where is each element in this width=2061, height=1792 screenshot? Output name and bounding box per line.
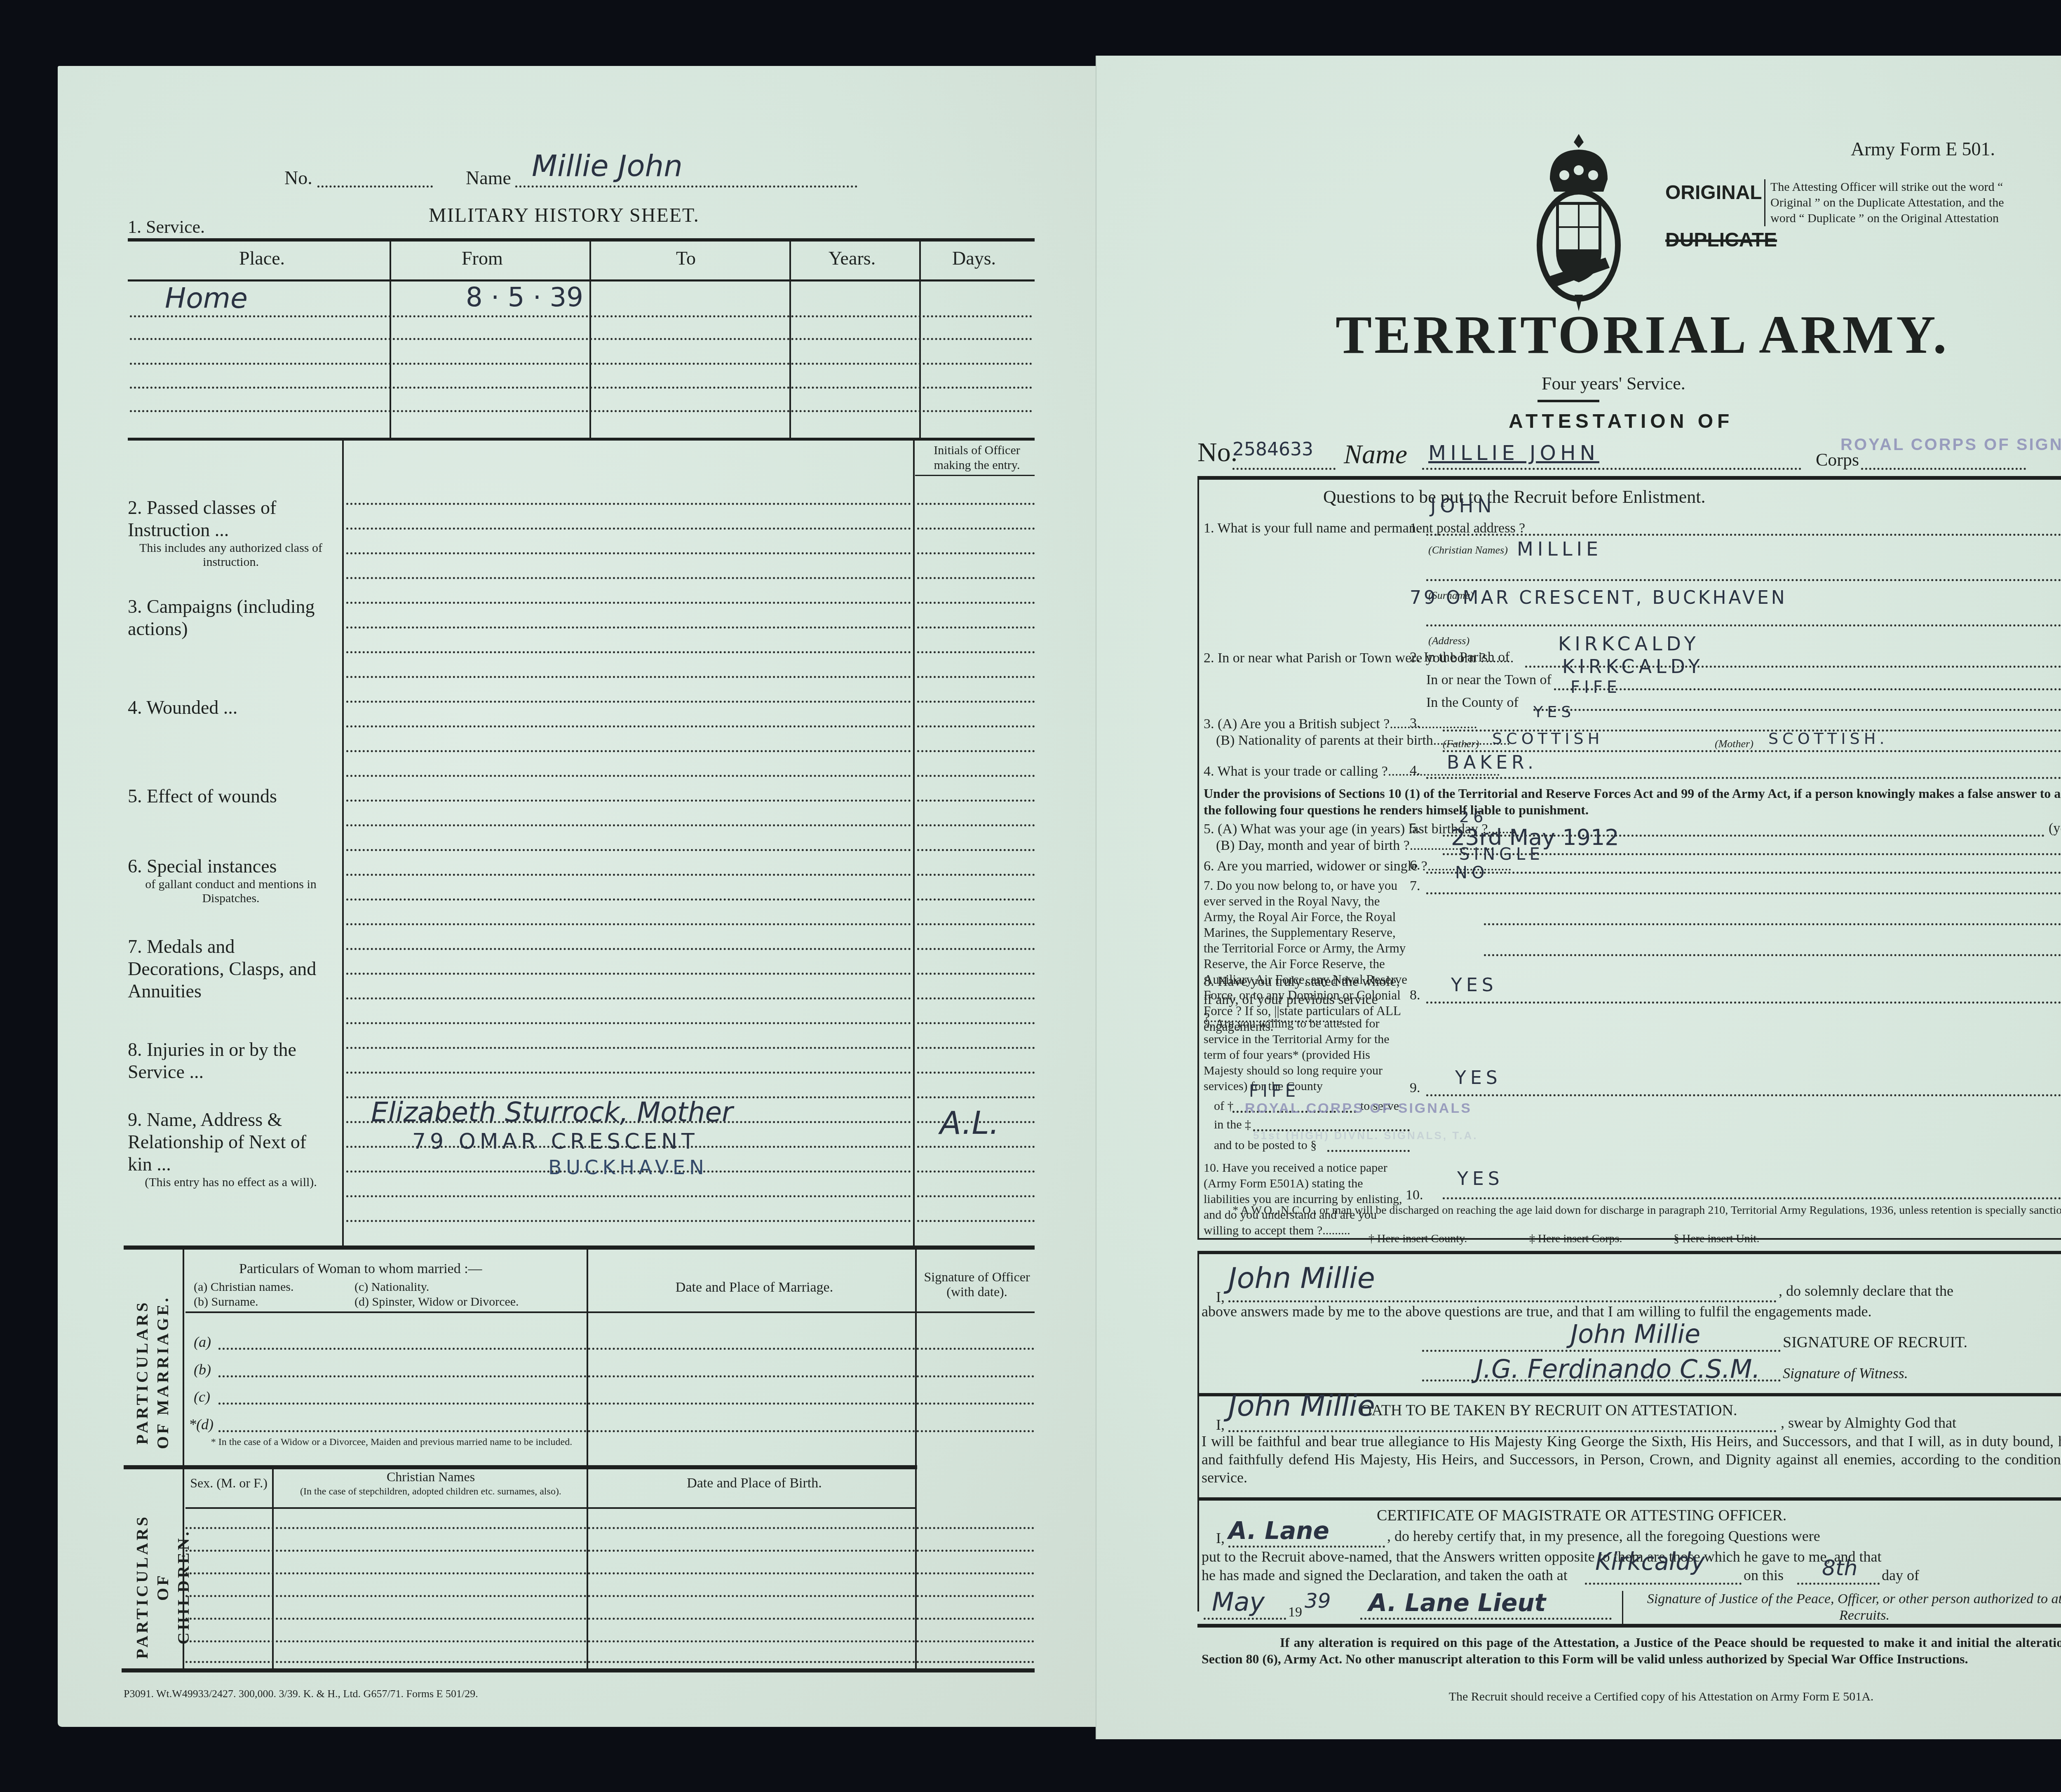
certificate-title: CERTIFICATE OF MAGISTRATE OR ATTESTING O… (1377, 1506, 1786, 1525)
section-8-label: 8. Injuries in or by the Service ... (128, 1039, 334, 1083)
christian-names-caption: (Christian Names) (1428, 542, 1508, 558)
answer-trade[interactable]: BAKER. (1447, 752, 1538, 773)
children-header-rule (185, 1507, 915, 1509)
years-caption: (years) (2049, 820, 2061, 837)
marriage-row-b-label: (b) (194, 1361, 211, 1378)
territorial-army-title: TERRITORIAL ARMY. (1336, 303, 1949, 366)
witness-signature-label: Signature of Witness. (1783, 1364, 1908, 1382)
unit-footnote: § Here insert Unit. (1674, 1232, 1759, 1245)
initials-line (917, 849, 1035, 851)
initials-line (917, 725, 1035, 727)
children-bottom-rule (122, 1668, 1035, 1672)
recruit-signature-label: SIGNATURE OF RECRUIT. (1783, 1333, 1967, 1351)
original-label: ORIGINAL (1665, 181, 1762, 204)
father-caption: (Father) (1443, 736, 1479, 752)
initials-line (917, 1022, 1035, 1024)
marriage-signature-header: Signature of Officer (with date). (917, 1269, 1037, 1299)
answer-line (1533, 709, 2061, 711)
marriage-row-line (218, 1348, 1035, 1350)
declaration-name[interactable]: John Millie (1228, 1261, 1375, 1295)
entry-line (346, 997, 911, 999)
children-row-line (185, 1550, 1035, 1552)
service-place-value: Home (165, 282, 248, 315)
answer-line (1426, 624, 2061, 626)
children-birth-header: Date and Place of Birth. (594, 1475, 915, 1491)
marriage-row-line (218, 1375, 1035, 1377)
service-row-line (130, 338, 1033, 340)
recruit-signature[interactable]: John Millie (1570, 1319, 1700, 1349)
no-field (317, 185, 433, 188)
initials-line (917, 1146, 1035, 1148)
col-to: To (676, 247, 696, 269)
marriage-row-line (218, 1430, 1035, 1432)
initials-line (917, 676, 1035, 678)
answer-county[interactable]: FIFE (1570, 678, 1621, 697)
answer-mother-nationality[interactable]: SCOTTISH. (1768, 729, 1889, 748)
initials-line (917, 750, 1035, 752)
answer-line (1426, 1002, 2061, 1004)
entry-line (346, 800, 911, 802)
certificate-i: I, (1216, 1529, 1225, 1547)
officer-signature-line (1360, 1618, 1612, 1620)
q9-corps-stamp: ROYAL CORPS OF SIGNALS (1245, 1100, 1472, 1116)
q9-county-of-label: of † (1214, 1098, 1234, 1114)
entry-line (346, 552, 911, 554)
service-section-label: 1. Service. (128, 216, 205, 237)
service-top-rule (128, 238, 1035, 242)
service-header-rule (128, 279, 1035, 281)
entry-line (346, 725, 911, 727)
attestation-name-field (1422, 468, 1801, 470)
section-9-label: 9. Name, Address & Relationship of Next … (128, 1109, 334, 1189)
section-5-label: 5. Effect of wounds (128, 785, 334, 807)
witness-signature-line (1422, 1379, 1781, 1382)
answer-parish[interactable]: KIRKCALDY (1558, 633, 1700, 655)
initials-line (917, 874, 1035, 876)
entry-line (346, 602, 911, 604)
marriage-footnote: * In the case of a Widow or a Divorcee, … (198, 1436, 585, 1448)
place-line (1585, 1583, 1742, 1585)
answer-line (1443, 1197, 2061, 1199)
service-row-line (130, 363, 1033, 365)
answer-line (1484, 954, 2061, 956)
corps-field (1861, 468, 2026, 470)
divider (913, 439, 915, 1247)
name-field (515, 185, 857, 188)
town-label: In or near the Town of (1426, 672, 1552, 688)
marriage-header-ab: (a) Christian names. (b) Surname. (194, 1280, 359, 1309)
initials-line (917, 602, 1035, 604)
children-row-line (185, 1572, 1035, 1574)
marriage-row-line (218, 1403, 1035, 1405)
attestation-page: Army Form E 501. ORIGINAL DUPLICATE The … (1096, 56, 2061, 1739)
section-2-label: 2. Passed classes of Instruction ... Thi… (128, 497, 334, 569)
initials-line (917, 528, 1035, 530)
next-of-kin-name: Elizabeth Sturrock, Mother (371, 1096, 733, 1128)
entry-line (346, 676, 911, 678)
entry-line (346, 503, 911, 505)
oath-i: I, (1216, 1416, 1225, 1434)
answer-8-num: 8. (1410, 987, 1420, 1004)
children-row-line (185, 1661, 1035, 1663)
initials-line (917, 973, 1035, 975)
service-from-value: 8 · 5 · 39 (466, 282, 583, 313)
answer-line (1484, 923, 2061, 925)
answer-q9[interactable]: YES (1455, 1067, 1502, 1088)
oath-text-a: , swear by Almighty God that (1781, 1414, 1956, 1432)
children-side-label: PARTICULARS OF CHILDREN. (132, 1513, 194, 1661)
q9-unit-line (1327, 1150, 1410, 1152)
answer-line (1426, 892, 2061, 894)
answer-4-num: 4. (1410, 762, 1420, 779)
entry-line (346, 651, 911, 653)
col-years: Years. (829, 247, 876, 269)
section-3-label: 3. Campaigns (including actions) (128, 596, 334, 640)
attestation-no-value: 2584633 (1232, 439, 1313, 460)
corps-footnote: ‡ Here insert Corps. (1529, 1232, 1622, 1245)
initials-line (917, 824, 1035, 826)
day-line (1797, 1583, 1880, 1585)
certificate-top-rule (1197, 1497, 2061, 1501)
entry-line (346, 923, 911, 925)
entry-line (346, 750, 911, 752)
service-row-line (130, 410, 1033, 412)
entry-line (346, 626, 911, 629)
section-7-label: 7. Medals and Decorations, Clasps, and A… (128, 936, 334, 1002)
certificate-year[interactable]: 39 (1305, 1589, 1331, 1613)
service-bottom-rule (128, 438, 1035, 441)
certificate-text-b: put to the Recruit above-named, that the… (1202, 1548, 1882, 1566)
entry-line (346, 824, 911, 826)
corps-stamp: ROYAL CORPS OF SIGNALS (1840, 436, 2061, 454)
initials-line (917, 800, 1035, 802)
name-handwriting: Millie John (532, 148, 683, 183)
answer-surname[interactable]: MILLIE (1517, 538, 1602, 560)
answer-q8[interactable]: YES (1451, 975, 1498, 996)
printer-imprint: P3091. Wt.W49933/2427. 300,000. 3/39. K.… (124, 1688, 478, 1700)
next-of-kin-town: BUCKHAVEN (548, 1156, 708, 1179)
divider (272, 1467, 274, 1669)
mother-caption: (Mother) (1715, 736, 1753, 752)
entry-line (346, 1220, 911, 1222)
section-4-label: 4. Wounded ... (128, 697, 334, 719)
q9-county-value[interactable]: FIFE (1249, 1082, 1300, 1101)
marriage-header-rule (185, 1311, 1035, 1313)
certified-copy-note: The Recruit should receive a Certified c… (1208, 1690, 2061, 1704)
answer-prior-service[interactable]: NO (1455, 863, 1488, 882)
oath-text-b: I will be faithful and bear true allegia… (1202, 1432, 2061, 1487)
certificate-bottom-rule (1197, 1624, 2061, 1628)
questions-title: Questions to be put to the Recruit befor… (1323, 486, 1705, 507)
attestation-name-label: Name (1344, 439, 1407, 470)
service-row-line (130, 315, 1033, 317)
certificate-year-prefix: 19 (1288, 1603, 1302, 1621)
service-row-line (130, 387, 1033, 389)
children-top-rule (124, 1465, 917, 1469)
marriage-side-label: PARTICULARS OF MARRIAGE. (132, 1286, 173, 1459)
month-line (1204, 1618, 1286, 1620)
children-names-header: Christian Names (276, 1469, 585, 1485)
answer-line (1426, 579, 2061, 581)
initials-line (917, 1195, 1035, 1197)
entry-line (346, 973, 911, 975)
entry-line (346, 849, 911, 851)
initials-line (917, 898, 1035, 901)
children-row-line (185, 1595, 1035, 1597)
attestation-of-heading: ATTESTATION OF (1509, 410, 1733, 433)
question-9: 9. Are you willing to be attested for se… (1204, 1016, 1410, 1094)
form-number: Army Form E 501. (1851, 138, 1995, 160)
answer-10-num: 10. (1406, 1187, 1423, 1203)
attestation-name-value: MILLIE JOHN (1428, 441, 1599, 465)
children-names-subheader: (In the case of stepchildren, adopted ch… (289, 1486, 573, 1497)
officer-signature[interactable]: A. Lane Lieut (1369, 1589, 1546, 1617)
initials-line (917, 651, 1035, 653)
royal-crest-icon (1533, 134, 1624, 311)
duplicate-label-struck: DUPLICATE (1665, 229, 1777, 251)
initials-header: Initials of Officer making the entry. (917, 443, 1037, 473)
marriage-header-title: Particulars of Woman to whom married :— (239, 1261, 482, 1277)
answer-line (1426, 1094, 2061, 1096)
answer-age[interactable]: 26 (1459, 808, 1487, 826)
entry-line (346, 1195, 911, 1197)
marriage-row-c-label: (c) (194, 1388, 210, 1405)
attestation-no-field (1232, 468, 1336, 470)
next-of-kin-street: 79 OMAR CRESCENT (412, 1129, 699, 1154)
col-place: Place. (239, 247, 285, 269)
certificate-text-c: he has made and signed the Declaration, … (1202, 1566, 1568, 1584)
attestation-no-label: No. (1197, 437, 1237, 468)
marriage-row-d-label: *(d) (189, 1416, 214, 1433)
title-rule (1538, 400, 1599, 402)
officer-signature-label: Signature of Justice of the Peace, Offic… (1622, 1591, 2061, 1624)
entry-line (346, 948, 911, 950)
entry-line (346, 701, 911, 703)
children-sex-header: Sex. (M. or F.) (185, 1475, 272, 1490)
q9-posted-to-label: and to be posted to § (1214, 1138, 1317, 1153)
recruit-signature-line (1422, 1350, 1781, 1352)
certificate-on-this: on this (1744, 1566, 1784, 1584)
county-footnote: † Here insert County. (1369, 1232, 1467, 1245)
question-10: 10. Have you received a notice paper (Ar… (1204, 1160, 1410, 1238)
answer-marital-status[interactable]: SINGLE (1459, 845, 1544, 864)
initials-line (917, 1096, 1035, 1098)
children-row-line (185, 1527, 1035, 1529)
entry-line (346, 1072, 911, 1074)
entry-line (346, 1047, 911, 1049)
marriage-date-place-header: Date and Place of Marriage. (594, 1280, 915, 1295)
col-days: Days. (952, 247, 996, 269)
children-row-line (185, 1618, 1035, 1620)
marriage-top-rule (124, 1245, 1035, 1250)
initials-line (917, 503, 1035, 505)
answer-q10[interactable]: YES (1457, 1168, 1504, 1189)
marriage-row-a-label: (a) (194, 1333, 211, 1351)
initials-line (917, 1170, 1035, 1173)
initials-line (917, 577, 1035, 579)
four-years-service: Four years' Service. (1542, 373, 1685, 394)
divider (587, 1248, 588, 1466)
initials-line (917, 775, 1035, 777)
divider (915, 1248, 917, 1668)
certificate-officer-name[interactable]: A. Lane (1228, 1517, 1329, 1545)
entry-line (346, 528, 911, 530)
marriage-header-cd: (c) Nationality. (d) Spinster, Widow or … (354, 1280, 585, 1309)
false-answer-warning: Under the provisions of Sections 10 (1) … (1204, 785, 2061, 818)
age-footnote: * A W.O., N.C.O., or man will be dischar… (1220, 1203, 2061, 1217)
question-3a: 3. (A) Are you a British subject ?......… (1204, 715, 1477, 733)
entry-line (346, 874, 911, 876)
officer-initials: A.L. (940, 1105, 999, 1141)
answer-address[interactable]: 79 OMAR CRESCENT, BUCKHAVEN (1410, 587, 1787, 608)
certificate-day[interactable]: 8th (1822, 1556, 1857, 1581)
certificate-month[interactable]: May (1212, 1587, 1265, 1617)
initials-line (917, 1220, 1035, 1222)
initials-line (917, 923, 1035, 925)
entry-line (346, 577, 911, 579)
name-label: Name (466, 167, 511, 189)
parish-label: 2. In the Parish of (1410, 649, 1510, 666)
divider (587, 1467, 588, 1669)
answer-town[interactable]: KIRKCALDY (1562, 655, 1704, 678)
address-caption: (Address) (1428, 633, 1469, 649)
answer-3-num: 3. (1410, 715, 1420, 732)
initials-line (917, 948, 1035, 950)
initials-line (917, 701, 1035, 703)
divider (342, 439, 344, 1247)
children-row-line (185, 1640, 1035, 1642)
answer-british-subject[interactable]: YES (1533, 703, 1575, 721)
oath-name[interactable]: John Millie (1228, 1389, 1375, 1423)
initials-header-rule (915, 475, 1035, 476)
answer-1-num: 1. (1410, 519, 1420, 537)
answer-6-num: 6. (1410, 857, 1420, 874)
sheet-title: MILITARY HISTORY SHEET. (429, 204, 700, 227)
certificate-place[interactable]: Kirkcaldy (1595, 1548, 1705, 1576)
strike-note: The Attesting Officer will strike out th… (1764, 179, 2009, 226)
certificate-day-of: day of (1882, 1566, 1919, 1584)
q9-in-the-label: in the ‡ (1214, 1117, 1251, 1133)
answer-father-nationality[interactable]: SCOTTISH (1492, 729, 1603, 748)
entry-line (346, 775, 911, 777)
declaration-text-a: , do solemnly declare that the (1779, 1282, 1953, 1300)
answer-5-num: 5. (1410, 820, 1420, 837)
initials-line (917, 552, 1035, 554)
answer-9-num: 9. (1410, 1080, 1420, 1096)
oath-title: OATH TO BE TAKEN BY RECRUIT ON ATTESTATI… (1360, 1401, 1737, 1419)
initials-line (917, 1072, 1035, 1074)
alteration-note: If any alteration is required on this pa… (1202, 1634, 2061, 1667)
answer-line (1426, 777, 2061, 779)
answer-line (1426, 534, 2061, 536)
initials-line (917, 997, 1035, 999)
answer-christian-names[interactable]: JOHN (1430, 495, 1496, 517)
section-6-label: 6. Special instances of gallant conduct … (128, 855, 334, 905)
answer-7-num: 7. (1410, 878, 1420, 894)
initials-line (917, 626, 1035, 629)
declaration-text-b: above answers made by me to the above qu… (1202, 1302, 1872, 1321)
entry-line (346, 898, 911, 901)
military-history-sheet-page: No. Name Millie John MILITARY HISTORY SH… (58, 66, 1096, 1727)
initials-line (917, 1047, 1035, 1049)
certificate-text-a: , do hereby certify that, in my presence… (1387, 1527, 1820, 1545)
answer-line (1426, 872, 2061, 874)
answer-line (1554, 688, 2061, 690)
no-label: No. (284, 167, 312, 189)
col-from: From (462, 247, 503, 269)
entry-line (346, 1022, 911, 1024)
county-label: In the County of (1426, 694, 1519, 711)
